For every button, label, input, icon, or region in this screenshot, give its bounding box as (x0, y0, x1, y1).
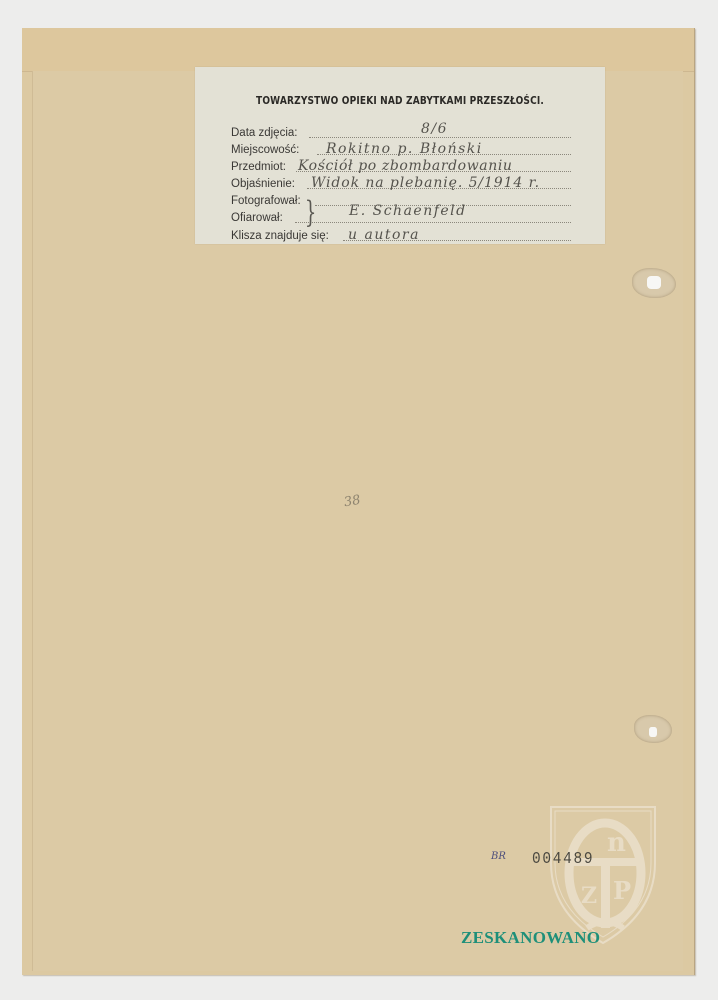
info-label-card: TOWARZYSTWO OPIEKI NAD ZABYTKAMI PRZESZŁ… (195, 67, 605, 244)
pencil-number-mark: 38 (343, 493, 362, 511)
field-label: Fotografował: (231, 195, 301, 207)
dotted-line (295, 222, 571, 223)
field-label: Miejscowość: (231, 144, 299, 156)
field-row-subject: Przedmiot: Kościół po zbombardowaniu (231, 157, 571, 174)
field-label: Przedmiot: (231, 161, 286, 173)
field-row-description: Objaśnienie: Widok na plebanię. 5/1914 r… (231, 174, 571, 191)
field-label: Klisza znajduje się: (231, 230, 329, 242)
scanned-stamp: ZESKANOWANO (461, 928, 600, 948)
svg-text:P: P (613, 876, 631, 905)
field-value: Rokitno p. Błoński (326, 141, 483, 157)
field-row-donor: Ofiarował: E. Schaenfeld (231, 208, 571, 225)
field-row-negative-location: Klisza znajduje się: u autora (231, 226, 571, 243)
field-label: Ofiarował: (231, 212, 283, 224)
punch-hole-bottom (634, 715, 672, 743)
field-value: Widok na plebanię. 5/1914 r. (311, 175, 540, 191)
svg-text:n: n (607, 828, 626, 858)
field-value: E. Schaenfeld (349, 203, 467, 219)
inventory-prefix: BR (491, 851, 506, 862)
field-label: Data zdjęcia: (231, 127, 297, 139)
field-value: 8/6 (421, 121, 448, 137)
field-row-date: Data zdjęcia: 8/6 (231, 123, 571, 140)
field-value: Kościół po zbombardowaniu (298, 158, 513, 174)
field-value: u autora (348, 227, 420, 243)
dotted-line (309, 137, 571, 138)
field-row-place: Miejscowość: Rokitno p. Błoński (231, 140, 571, 157)
inventory-number: 004489 (532, 850, 594, 869)
shield-watermark-icon: n Z P (547, 803, 659, 945)
handwritten-brace: } (305, 195, 316, 230)
top-fold-band (22, 28, 694, 72)
svg-text:Z: Z (581, 883, 597, 909)
punch-hole-top (632, 268, 676, 298)
card-title: TOWARZYSTWO OPIEKI NAD ZABYTKAMI PRZESZŁ… (232, 94, 568, 107)
field-label: Objaśnienie: (231, 178, 295, 190)
